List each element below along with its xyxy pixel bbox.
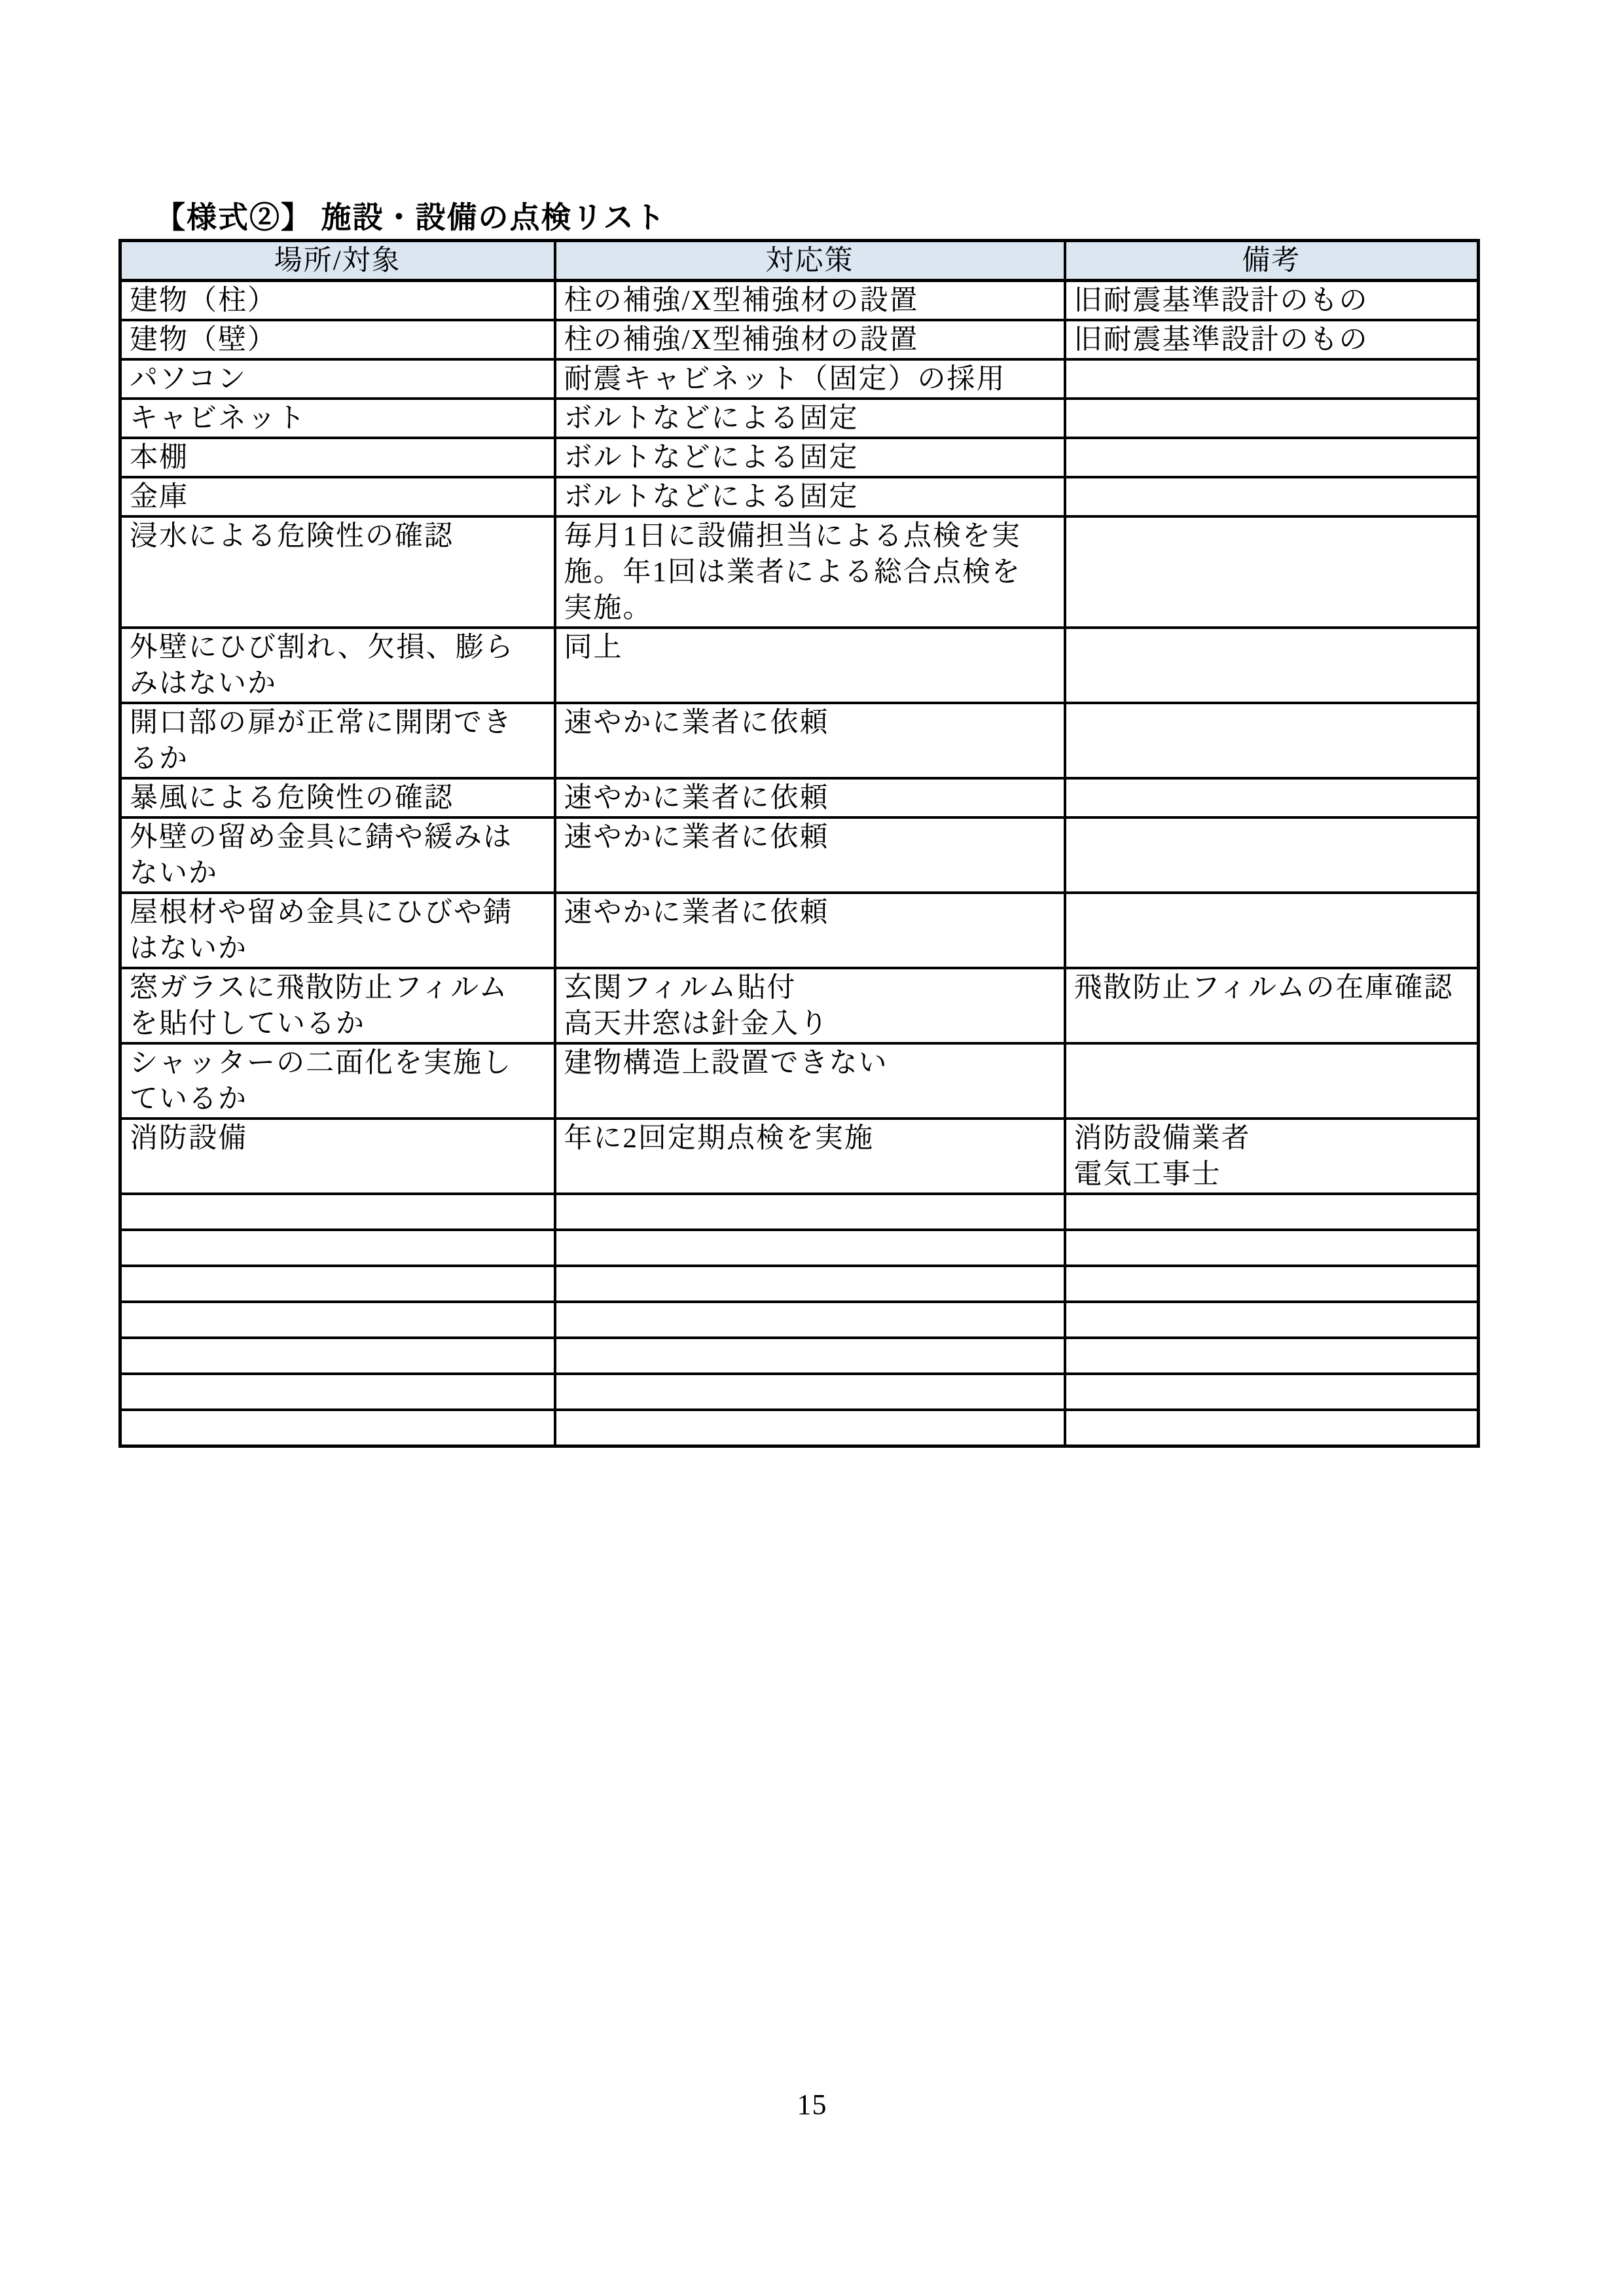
cell-note [1065,1043,1479,1119]
table-row: 金庫ボルトなどによる固定 [120,477,1479,516]
cell-note [1065,477,1479,516]
table-row: 開口部の扉が正常に開閉でき るか速やかに業者に依頼 [120,703,1479,778]
table-row: 窓ガラスに飛散防止フィルム を貼付しているか玄関フィルム貼付 高天井窓は針金入り… [120,968,1479,1043]
cell-action: 柱の補強/X型補強材の設置 [555,281,1065,321]
cell-note [1065,1410,1479,1446]
cell-note [1065,1302,1479,1338]
cell-place: 浸水による危険性の確認 [120,516,555,628]
empty-table-row [120,1338,1479,1374]
cell-place [120,1374,555,1410]
cell-place: 消防設備 [120,1119,555,1194]
table-row: 外壁にひび割れ、欠損、膨ら みはないか同上 [120,628,1479,703]
cell-place: 暴風による危険性の確認 [120,778,555,817]
cell-note [1065,516,1479,628]
cell-action [555,1230,1065,1266]
cell-place: 屋根材や留め金具にひびや錆 はないか [120,893,555,968]
cell-place: 開口部の扉が正常に開閉でき るか [120,703,555,778]
table-row: パソコン耐震キャビネット（固定）の採用 [120,359,1479,399]
cell-place: キャビネット [120,399,555,438]
cell-place: 外壁にひび割れ、欠損、膨ら みはないか [120,628,555,703]
cell-action: 柱の補強/X型補強材の設置 [555,320,1065,359]
table-row: 消防設備年に2回定期点検を実施消防設備業者 電気工事士 [120,1119,1479,1194]
cell-note [1065,1194,1479,1230]
cell-action: 毎月1日に設備担当による点検を実 施。年1回は業者による総合点検を 実施。 [555,516,1065,628]
cell-note: 旧耐震基準設計のもの [1065,320,1479,359]
table-row: 浸水による危険性の確認毎月1日に設備担当による点検を実 施。年1回は業者による総… [120,516,1479,628]
cell-action: 速やかに業者に依頼 [555,893,1065,968]
cell-action: ボルトなどによる固定 [555,477,1065,516]
document-page: 【様式②】 施設・設備の点検リスト 場所/対象 対応策 備考 建物（柱）柱の補強… [0,0,1624,2296]
cell-place [120,1302,555,1338]
table-row: シャッターの二面化を実施し ているか建物構造上設置できない [120,1043,1479,1119]
cell-action: 同上 [555,628,1065,703]
cell-place [120,1230,555,1266]
cell-action [555,1410,1065,1446]
cell-note [1065,628,1479,703]
empty-table-row [120,1302,1479,1338]
cell-action [555,1266,1065,1302]
cell-note: 消防設備業者 電気工事士 [1065,1119,1479,1194]
cell-note [1065,1230,1479,1266]
cell-place [120,1194,555,1230]
cell-note: 旧耐震基準設計のもの [1065,281,1479,321]
cell-note [1065,1338,1479,1374]
cell-note [1065,893,1479,968]
cell-place: 外壁の留め金具に錆や緩みは ないか [120,817,555,893]
cell-action [555,1374,1065,1410]
cell-note [1065,359,1479,399]
empty-table-row [120,1266,1479,1302]
cell-action: 速やかに業者に依頼 [555,703,1065,778]
page-title: 【様式②】 施設・設備の点検リスト [155,194,666,237]
cell-action: 建物構造上設置できない [555,1043,1065,1119]
cell-note: 飛散防止フィルムの在庫確認 [1065,968,1479,1043]
cell-note [1065,817,1479,893]
cell-action: 速やかに業者に依頼 [555,778,1065,817]
cell-note [1065,778,1479,817]
cell-place: パソコン [120,359,555,399]
cell-action [555,1338,1065,1374]
cell-place [120,1410,555,1446]
cell-note [1065,1374,1479,1410]
table-header-row: 場所/対象 対応策 備考 [120,241,1479,281]
cell-place: シャッターの二面化を実施し ているか [120,1043,555,1119]
cell-place: 建物（柱） [120,281,555,321]
table-row: 暴風による危険性の確認速やかに業者に依頼 [120,778,1479,817]
table-row: 屋根材や留め金具にひびや錆 はないか速やかに業者に依頼 [120,893,1479,968]
cell-action: 速やかに業者に依頼 [555,817,1065,893]
header-cell-place: 場所/対象 [120,241,555,281]
cell-action: 玄関フィルム貼付 高天井窓は針金入り [555,968,1065,1043]
empty-table-row [120,1410,1479,1446]
cell-note [1065,703,1479,778]
cell-place: 本棚 [120,438,555,477]
empty-table-row [120,1230,1479,1266]
cell-note [1065,438,1479,477]
cell-note [1065,399,1479,438]
header-cell-action: 対応策 [555,241,1065,281]
table-body: 建物（柱）柱の補強/X型補強材の設置旧耐震基準設計のもの建物（壁）柱の補強/X型… [120,281,1479,1446]
page-number: 15 [0,2088,1624,2121]
cell-action: 年に2回定期点検を実施 [555,1119,1065,1194]
empty-table-row [120,1194,1479,1230]
cell-place: 窓ガラスに飛散防止フィルム を貼付しているか [120,968,555,1043]
table-row: キャビネットボルトなどによる固定 [120,399,1479,438]
cell-place [120,1338,555,1374]
table-row: 本棚ボルトなどによる固定 [120,438,1479,477]
table-row: 建物（壁）柱の補強/X型補強材の設置旧耐震基準設計のもの [120,320,1479,359]
cell-note [1065,1266,1479,1302]
header-cell-note: 備考 [1065,241,1479,281]
cell-place: 建物（壁） [120,320,555,359]
cell-place [120,1266,555,1302]
cell-action [555,1194,1065,1230]
inspection-table: 場所/対象 対応策 備考 建物（柱）柱の補強/X型補強材の設置旧耐震基準設計のも… [118,239,1480,1448]
cell-place: 金庫 [120,477,555,516]
table-row: 建物（柱）柱の補強/X型補強材の設置旧耐震基準設計のもの [120,281,1479,321]
table-row: 外壁の留め金具に錆や緩みは ないか速やかに業者に依頼 [120,817,1479,893]
cell-action [555,1302,1065,1338]
cell-action: ボルトなどによる固定 [555,399,1065,438]
cell-action: ボルトなどによる固定 [555,438,1065,477]
empty-table-row [120,1374,1479,1410]
cell-action: 耐震キャビネット（固定）の採用 [555,359,1065,399]
